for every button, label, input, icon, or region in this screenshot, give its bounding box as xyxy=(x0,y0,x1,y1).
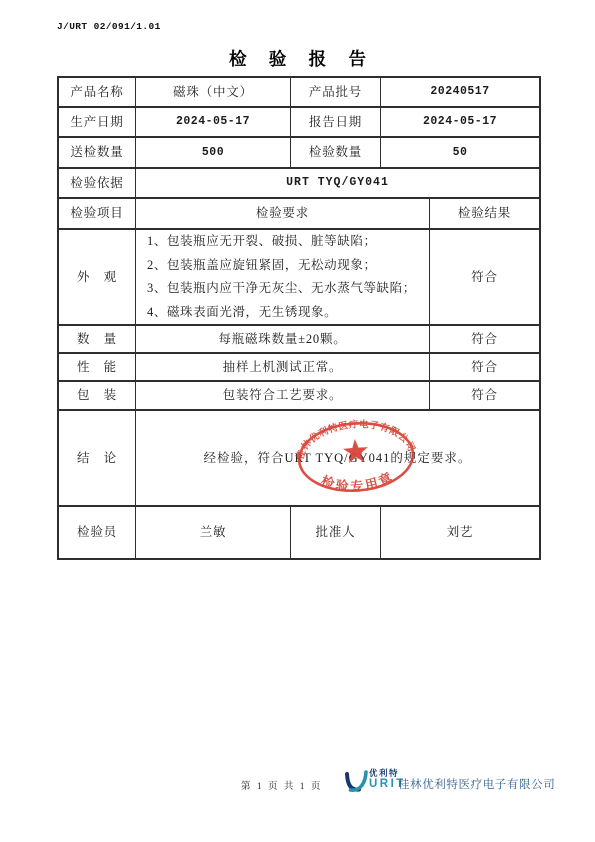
item-result-performance: 符合 xyxy=(429,354,539,380)
field-label-submitted-qty: 送检数量 xyxy=(59,138,135,167)
field-label-production-date: 生产日期 xyxy=(59,108,135,136)
column-header-requirement: 检验要求 xyxy=(135,199,429,228)
item-result-quantity: 符合 xyxy=(429,326,539,352)
star-icon xyxy=(342,438,368,463)
table-header-row: 检验项目 检验要求 检验结果 xyxy=(59,197,539,228)
page-footer: 第 1 页 共 1 页 优利特 URIT 桂林优利特医疗电子有限公司 xyxy=(0,770,595,800)
field-label-inspected-qty: 检验数量 xyxy=(290,138,380,167)
stamp-label: 检验专用章 xyxy=(318,468,397,496)
table-row: 外 观 1、包装瓶应无开裂、破损、脏等缺陷； 2、包装瓶盖应旋钮紧固，无松动现象… xyxy=(59,228,539,324)
inspection-report-page: J/URT 02/091/1.01 检 验 报 告 产品名称 磁珠（中文） 产品… xyxy=(0,0,595,842)
inspection-stamp: 桂林优利特医疗电子有限公司 检验专用章 xyxy=(289,404,423,509)
table-row: 包 装 包装符合工艺要求。 符合 xyxy=(59,380,539,409)
table-row: 性 能 抽样上机测试正常。 符合 xyxy=(59,352,539,380)
table-row: 检验依据 URT TYQ/GY041 xyxy=(59,167,539,197)
field-value-report-date: 2024-05-17 xyxy=(380,108,539,136)
requirement-line: 4、磁珠表面光滑，无生锈现象。 xyxy=(147,301,337,325)
item-name-appearance: 外 观 xyxy=(59,230,135,324)
item-requirement-performance: 抽样上机测试正常。 xyxy=(135,354,429,380)
field-value-batch-no: 20240517 xyxy=(380,78,539,106)
table-row: 生产日期 2024-05-17 报告日期 2024-05-17 xyxy=(59,106,539,136)
table-row: 检验员 兰敏 批准人 刘艺 xyxy=(59,505,539,558)
field-value-production-date: 2024-05-17 xyxy=(135,108,290,136)
page-number: 第 1 页 共 1 页 xyxy=(241,778,322,792)
item-result-packaging: 符合 xyxy=(429,382,539,409)
field-label-batch-no: 产品批号 xyxy=(290,78,380,106)
approver-name: 刘艺 xyxy=(380,507,539,558)
doc-code: J/URT 02/091/1.01 xyxy=(57,21,161,32)
field-label-basis: 检验依据 xyxy=(59,169,135,197)
field-value-inspected-qty: 50 xyxy=(380,138,539,167)
requirement-line: 1、包装瓶应无开裂、破损、脏等缺陷； xyxy=(147,230,377,254)
item-name-quantity: 数 量 xyxy=(59,326,135,352)
item-requirements-appearance: 1、包装瓶应无开裂、破损、脏等缺陷； 2、包装瓶盖应旋钮紧固，无松动现象； 3、… xyxy=(135,230,429,324)
svg-text:检验专用章: 检验专用章 xyxy=(318,468,397,496)
inspector-label: 检验员 xyxy=(59,507,135,558)
item-result-appearance: 符合 xyxy=(429,230,539,324)
field-value-basis: URT TYQ/GY041 xyxy=(135,169,539,197)
inspector-name: 兰敏 xyxy=(135,507,290,558)
field-label-product-name: 产品名称 xyxy=(59,78,135,106)
field-value-submitted-qty: 500 xyxy=(135,138,290,167)
page-title: 检 验 报 告 xyxy=(0,46,595,71)
table-row: 送检数量 500 检验数量 50 xyxy=(59,136,539,167)
conclusion-label: 结 论 xyxy=(59,411,135,505)
requirement-line: 2、包装瓶盖应旋钮紧固，无松动现象； xyxy=(147,254,377,278)
company-name: 桂林优利特医疗电子有限公司 xyxy=(398,776,555,792)
requirement-line: 3、包装瓶内应干净无灰尘、无水蒸气等缺陷； xyxy=(147,277,416,301)
field-label-report-date: 报告日期 xyxy=(290,108,380,136)
table-row: 产品名称 磁珠（中文） 产品批号 20240517 xyxy=(59,78,539,106)
item-name-packaging: 包 装 xyxy=(59,382,135,409)
field-value-product-name: 磁珠（中文） xyxy=(135,78,290,106)
item-name-performance: 性 能 xyxy=(59,354,135,380)
column-header-result: 检验结果 xyxy=(429,199,539,228)
column-header-item: 检验项目 xyxy=(59,199,135,228)
approver-label: 批准人 xyxy=(290,507,380,558)
table-row: 数 量 每瓶磁珠数量±20颗。 符合 xyxy=(59,324,539,352)
urit-logo-icon xyxy=(343,770,369,796)
item-requirement-quantity: 每瓶磁珠数量±20颗。 xyxy=(135,326,429,352)
